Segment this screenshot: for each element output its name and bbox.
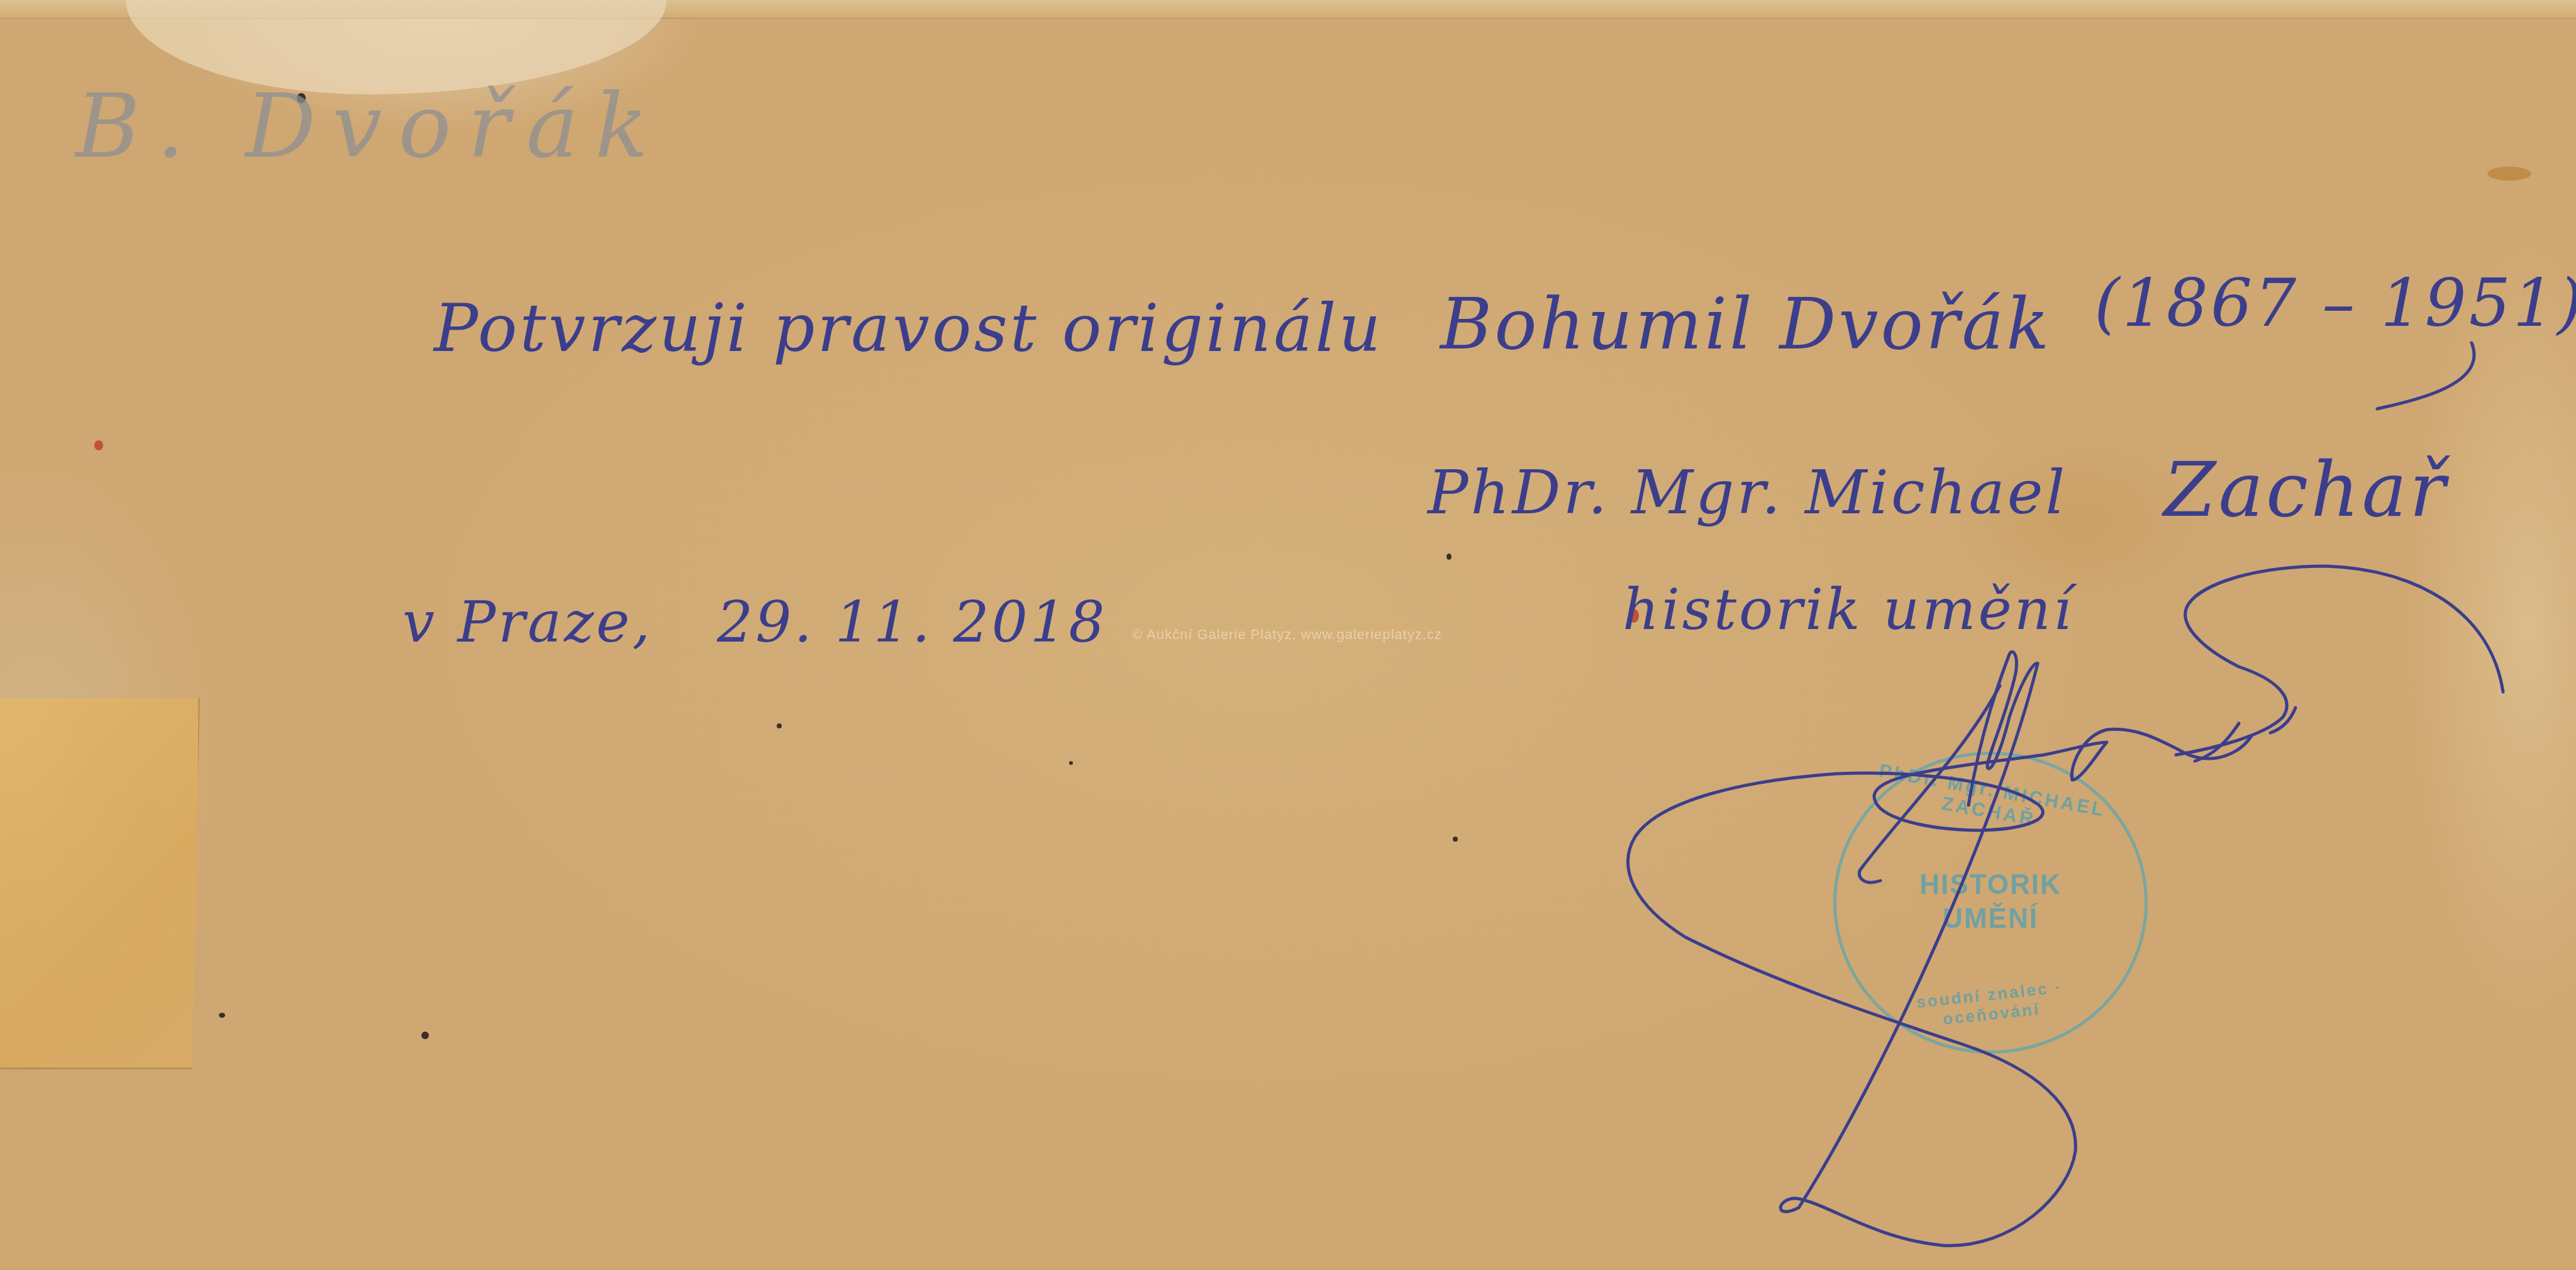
signature-icon [0,0,2576,1270]
